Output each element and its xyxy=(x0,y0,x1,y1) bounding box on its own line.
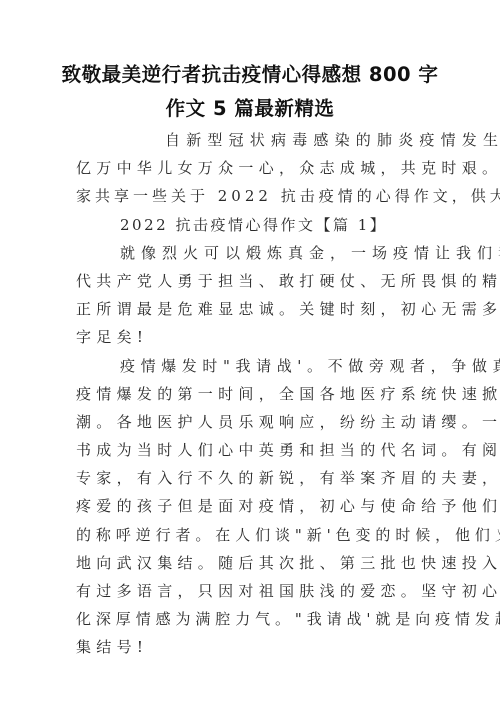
para2-line-2: 疫情爆发的第一时间，全国各地医疗系统快速掀起请战热 xyxy=(76,380,428,408)
para2-line-8: 地向武汉集结。随后其次批、第三批也快速投入战斗。没 xyxy=(76,549,428,577)
intro-line-1: 自新型冠状病毒感染的肺炎疫情发生以来， xyxy=(76,126,428,154)
para2-line-9: 有过多语言，只因对祖国肤浅的爱恋。坚守初心，使命。。 xyxy=(76,577,428,605)
title-line-1: 致敬最美逆行者抗击疫情心得感想 800 字 xyxy=(40,58,460,92)
para2-line-7: 的称呼逆行者。在人们谈"新'色变的时候，他们义无反顾 xyxy=(76,521,428,549)
title-line-2: 作文 5 篇最新精选 xyxy=(40,92,460,126)
para1-line-4: 字足矣! xyxy=(76,323,428,351)
para2-line-3: 潮。各地医护人员乐观响应，纷纷主动请缨。一时间请战 xyxy=(76,408,428,436)
document-page: 致敬最美逆行者抗击疫情心得感想 800 字 作文 5 篇最新精选 自新型冠状病毒… xyxy=(0,0,500,707)
document-body: 自新型冠状病毒感染的肺炎疫情发生以来， 亿万中华儿女万众一心，众志成城，共克时艰… xyxy=(76,126,428,662)
document-title: 致敬最美逆行者抗击疫情心得感想 800 字 作文 5 篇最新精选 xyxy=(40,58,460,126)
para2-line-11: 集结号! xyxy=(76,633,428,661)
section-heading: 2022 抗击疫情心得作文【篇 1】 xyxy=(76,211,428,239)
para2-line-6: 疼爱的孩子但是面对疫情，初心与使命给予他们一个共同 xyxy=(76,492,428,520)
para2-line-5: 专家，有入行不久的新锐，有举案齐眉的夫妻，也有父母 xyxy=(76,464,428,492)
para1-line-3: 正所谓最是危难显忠诚。关键时刻，初心无需多言，三个 xyxy=(76,295,428,323)
intro-line-3: 家共享一些关于 2022 抗击疫情的心得作文，供大家参考。 xyxy=(76,182,428,210)
intro-line-2: 亿万中华儿女万众一心，众志成城，共克时艰。这里给大 xyxy=(76,154,428,182)
para2-line-1: 疫情爆发时"我请战'。不做旁观者，争做真勇士。 xyxy=(76,352,428,380)
para2-line-4: 书成为当时人们心中英勇和担当的代名词。有阅历丰富的 xyxy=(76,436,428,464)
para1-line-1: 就像烈火可以煅炼真金，一场疫情让我们看到新时 xyxy=(76,239,428,267)
para2-line-10: 化深厚情感为满腔力气。"我请战'就是向疫情发起总攻的 xyxy=(76,605,428,633)
para1-line-2: 代共产党人勇于担当、敢打硬仗、无所畏惧的精神风貌。 xyxy=(76,267,428,295)
